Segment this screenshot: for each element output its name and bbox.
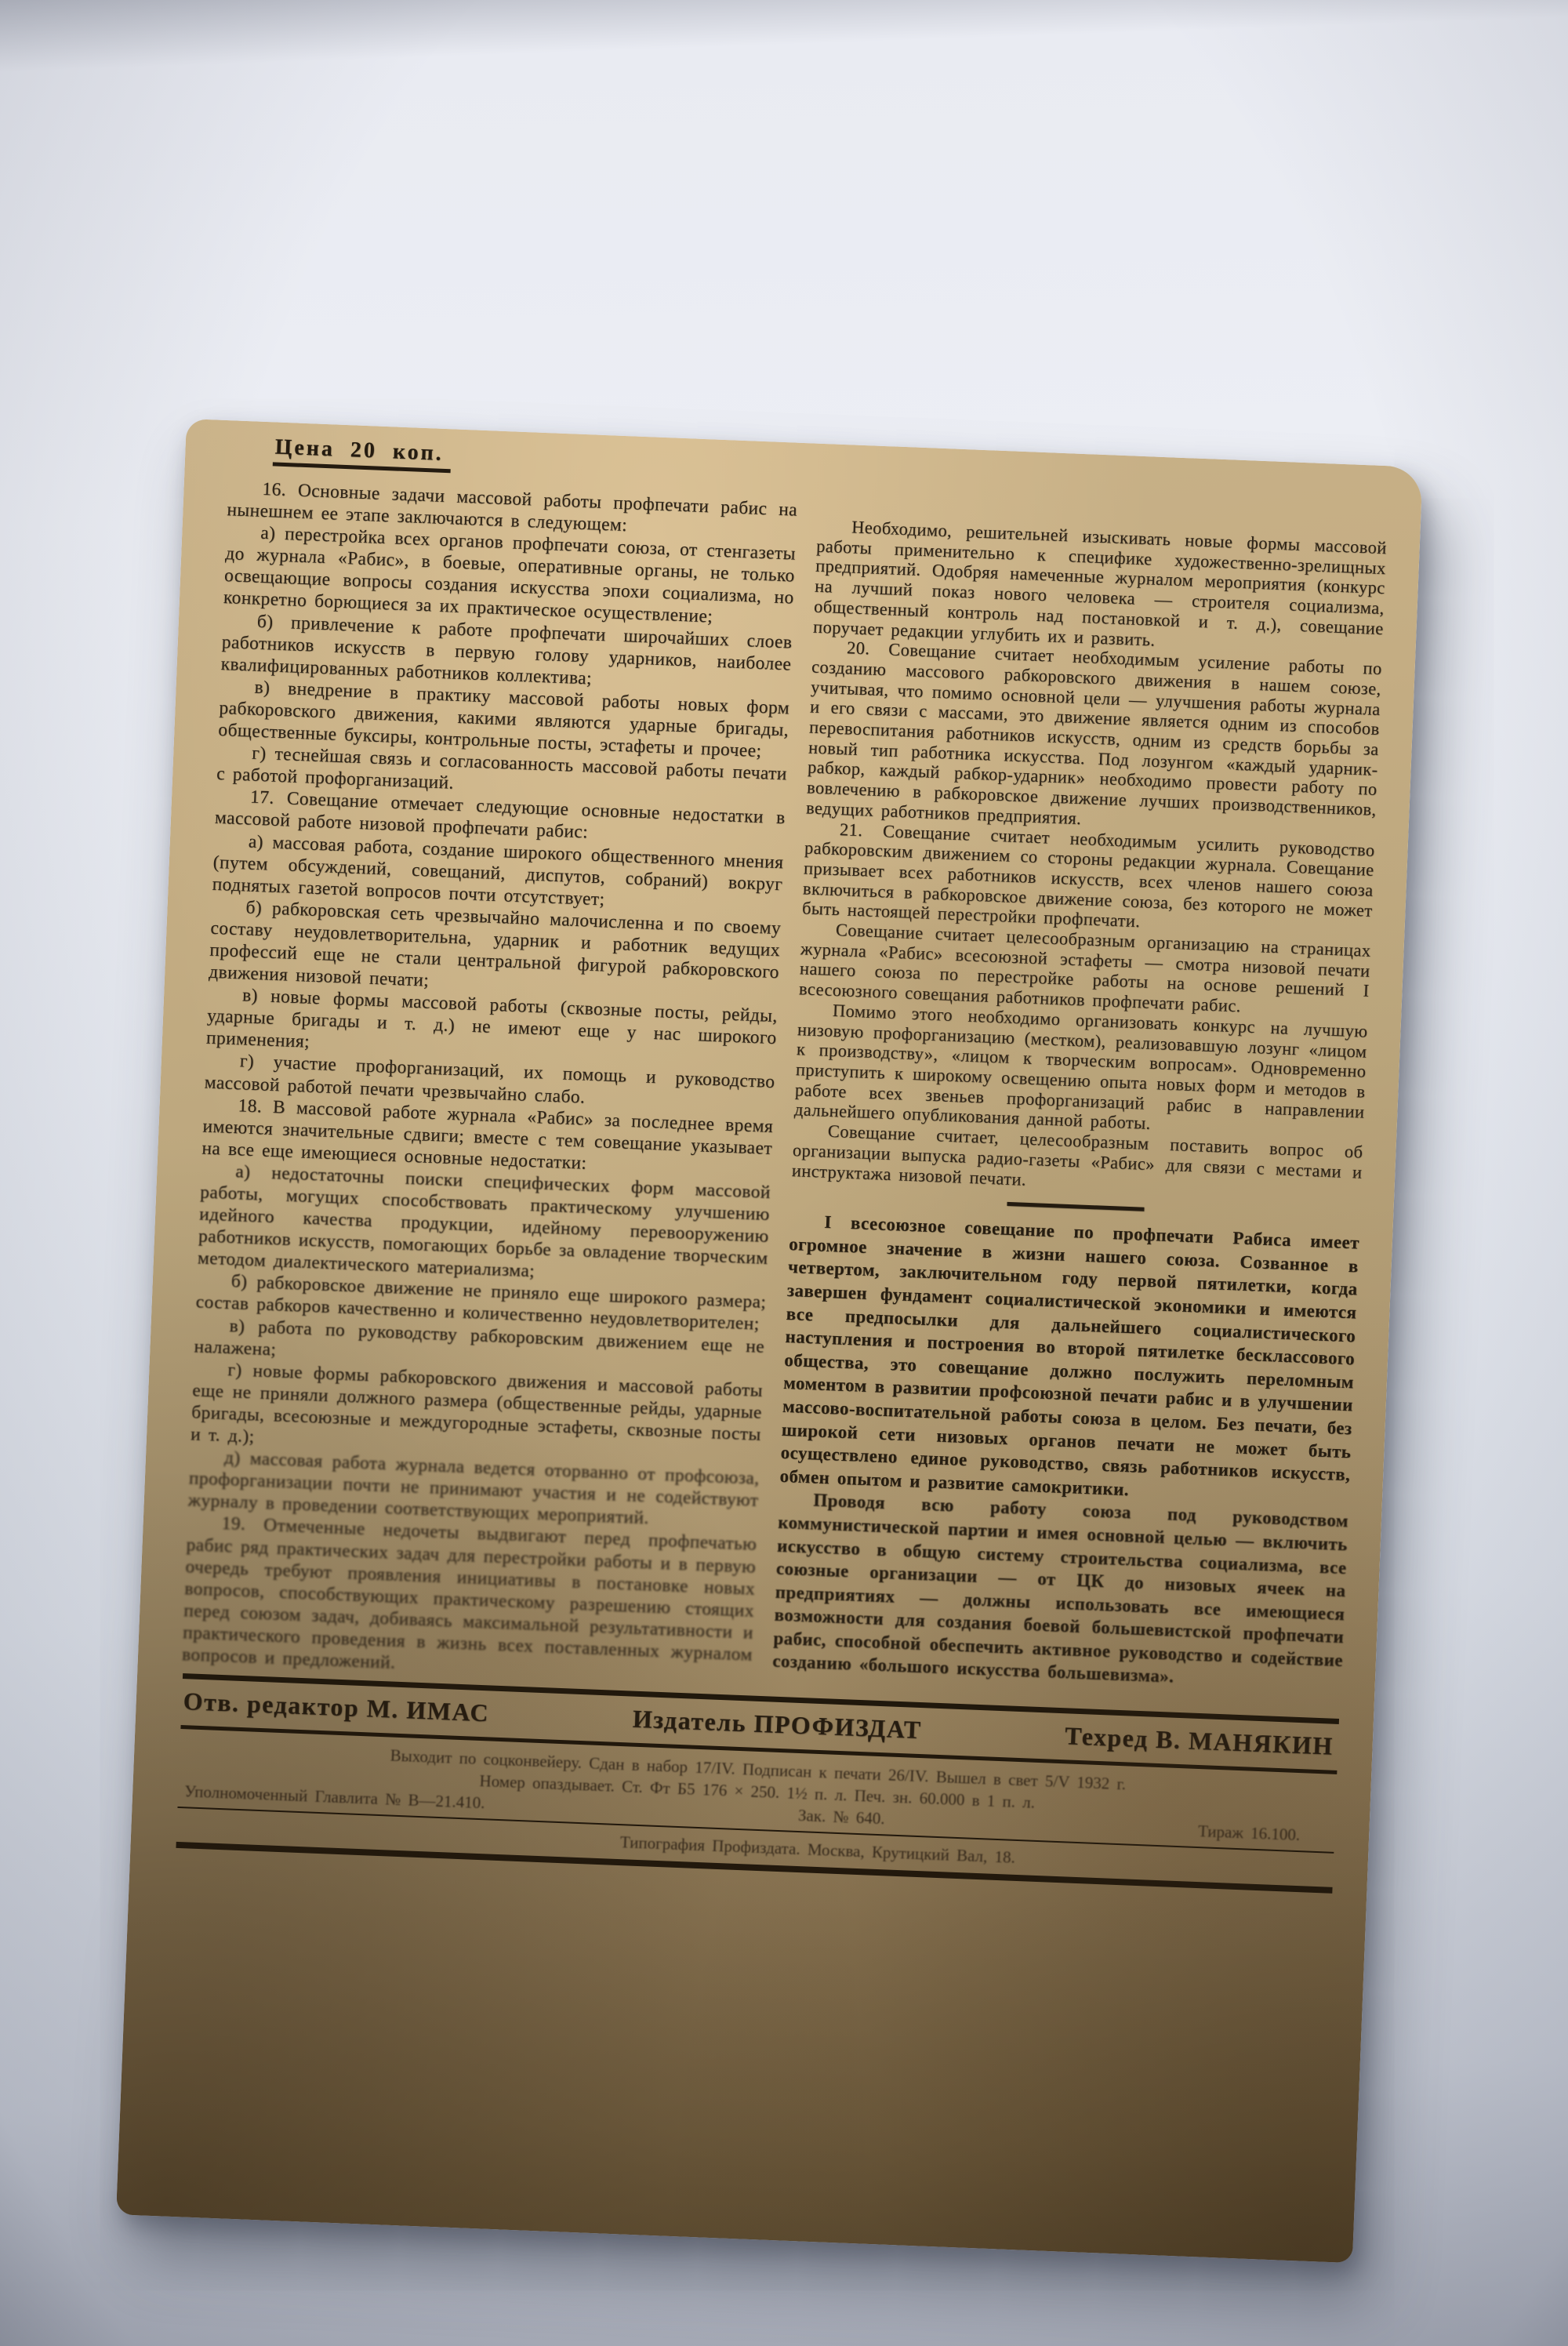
techred-name: Техред В. МАНЯКИН — [1065, 1721, 1334, 1760]
paper-wrap: Цена 20 коп. 16. Основные задачи массово… — [116, 419, 1423, 2263]
publisher-name: Издатель ПРОФИЗДАТ — [632, 1705, 922, 1745]
paragraph-19: 19. Отмеченные недочеты выдвигают перед … — [182, 1512, 757, 1688]
section-divider — [1007, 1202, 1144, 1211]
paragraph-final-party: Проводя всю работу союза под руководство… — [772, 1487, 1349, 1695]
paragraph-konkurs: Помимо этого необходимо организовать кон… — [793, 999, 1367, 1142]
right-column: Необходимо, решительней изыскивать новые… — [771, 500, 1388, 1711]
photo-background: Цена 20 коп. 16. Основные задачи массово… — [0, 0, 1568, 2346]
page-footer: Отв. редактор М. ИМАС Издатель ПРОФИЗДАТ… — [174, 1673, 1341, 1894]
paragraph-final-significance: I всесоюзное совещание по профпечати Раб… — [779, 1209, 1359, 1509]
item-18-a: а) недостаточны поиски специфических фор… — [197, 1159, 771, 1291]
print-run: Тираж 16.100. — [1198, 1820, 1301, 1846]
paragraph-20: 20. Совещание считает необходимым усилен… — [806, 637, 1383, 841]
paragraph-intro-necessary: Необходимо, решительней изыскивать новые… — [813, 516, 1387, 659]
order-number: Зак. № 640. — [798, 1804, 886, 1829]
document-page: Цена 20 коп. 16. Основные задачи массово… — [116, 419, 1423, 2263]
price-label: Цена 20 коп. — [273, 434, 452, 473]
editor-name: Отв. редактор М. ИМАС — [183, 1687, 490, 1727]
page-content: Цена 20 коп. 16. Основные задачи массово… — [130, 419, 1422, 1895]
text-columns: 16. Основные задачи массовой работы проф… — [182, 477, 1388, 1711]
left-column: 16. Основные задачи массовой работы проф… — [182, 477, 798, 1687]
